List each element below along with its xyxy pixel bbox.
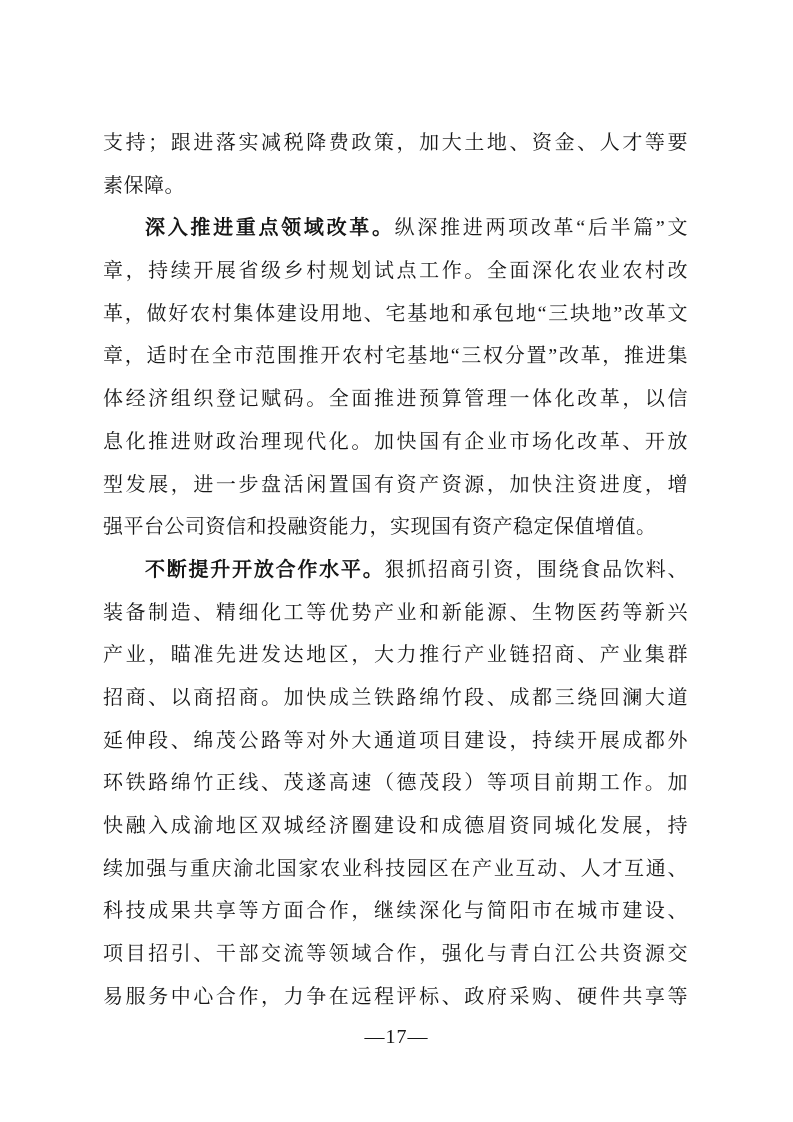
line-text: 支持；跟进落实减税降费政策，加大土地、资金、人才等要	[103, 132, 688, 154]
line-text: 快融入成渝地区双城经济圈建设和成德眉资同城化发展，持	[103, 815, 688, 837]
line-text: 素保障。	[103, 175, 185, 197]
document-page: 支持；跟进落实减税降费政策，加大土地、资金、人才等要 素保障。 深入推进重点领域…	[0, 0, 793, 1122]
paragraph: 深入推进重点领域改革。纵深推进两项改革“后半篇”文 章，持续开展省级乡村规划试点…	[103, 207, 688, 549]
text-line: 深入推进重点领域改革。纵深推进两项改革“后半篇”文	[103, 207, 688, 250]
page-number: —17—	[0, 1022, 793, 1052]
line-text: 狠抓招商引资，围绕食品饮料、	[384, 559, 688, 581]
text-line: 项目招引、干部交流等领域合作，强化与青白江公共资源交	[103, 933, 688, 976]
paragraph: 支持；跟进落实减税降费政策，加大土地、资金、人才等要 素保障。	[103, 122, 688, 207]
document-body: 支持；跟进落实减税降费政策，加大土地、资金、人才等要 素保障。 深入推进重点领域…	[103, 122, 688, 1018]
text-line: 革，做好农村集体建设用地、宅基地和承包地“三块地”改革文	[103, 293, 688, 336]
line-text: 型发展，进一步盘活闲置国有资产资源，加快注资进度，增	[103, 474, 688, 496]
text-line: 息化推进财政治理现代化。加快国有企业市场化改革、开放	[103, 421, 688, 464]
text-line: 体经济组织登记赋码。全面推进预算管理一体化改革，以信	[103, 378, 688, 421]
text-line: 装备制造、精细化工等优势产业和新能源、生物医药等新兴	[103, 592, 688, 635]
text-line: 科技成果共享等方面合作，继续深化与简阳市在城市建设、	[103, 890, 688, 933]
line-text: 装备制造、精细化工等优势产业和新能源、生物医药等新兴	[103, 602, 688, 624]
paragraph-lead-bold: 不断提升开放合作水平。	[145, 559, 384, 581]
paragraph: 不断提升开放合作水平。狠抓招商引资，围绕食品饮料、 装备制造、精细化工等优势产业…	[103, 549, 688, 1019]
text-line: 延伸段、绵茂公路等对外大通道项目建设，持续开展成都外	[103, 720, 688, 763]
text-line: 快融入成渝地区双城经济圈建设和成德眉资同城化发展，持	[103, 805, 688, 848]
line-text: 产业，瞄准先进发达地区，大力推行产业链招商、产业集群	[103, 644, 688, 666]
text-line: 型发展，进一步盘活闲置国有资产资源，加快注资进度，增	[103, 464, 688, 507]
line-text: 强平台公司资信和投融资能力，实现国有资产稳定保值增值。	[103, 516, 657, 538]
paragraph-lead-bold: 深入推进重点领域改革。	[145, 217, 395, 239]
text-line: 产业，瞄准先进发达地区，大力推行产业链招商、产业集群	[103, 634, 688, 677]
text-line: 章，持续开展省级乡村规划试点工作。全面深化农业农村改	[103, 250, 688, 293]
line-text: 续加强与重庆渝北国家农业科技园区在产业互动、人才互通、	[103, 858, 688, 880]
text-line: 强平台公司资信和投融资能力，实现国有资产稳定保值增值。	[103, 506, 688, 549]
line-text: 招商、以商招商。加快成兰铁路绵竹段、成都三绕回澜大道	[103, 687, 688, 709]
line-text: 息化推进财政治理现代化。加快国有企业市场化改革、开放	[103, 431, 688, 453]
text-line: 易服务中心合作，力争在远程评标、政府采购、硬件共享等	[103, 976, 688, 1019]
line-text: 科技成果共享等方面合作，继续深化与简阳市在城市建设、	[103, 900, 688, 922]
text-line: 章，适时在全市范围推开农村宅基地“三权分置”改革，推进集	[103, 335, 688, 378]
line-text: 项目招引、干部交流等领域合作，强化与青白江公共资源交	[103, 943, 688, 965]
line-text: 体经济组织登记赋码。全面推进预算管理一体化改革，以信	[103, 388, 688, 410]
text-line: 招商、以商招商。加快成兰铁路绵竹段、成都三绕回澜大道	[103, 677, 688, 720]
line-text: 章，适时在全市范围推开农村宅基地“三权分置”改革，推进集	[103, 345, 688, 367]
line-text: 延伸段、绵茂公路等对外大通道项目建设，持续开展成都外	[103, 730, 688, 752]
text-line: 不断提升开放合作水平。狠抓招商引资，围绕食品饮料、	[103, 549, 688, 592]
line-text: 环铁路绵竹正线、茂遂高速（德茂段）等项目前期工作。加	[103, 772, 688, 794]
text-line: 续加强与重庆渝北国家农业科技园区在产业互动、人才互通、	[103, 848, 688, 891]
line-text: 章，持续开展省级乡村规划试点工作。全面深化农业农村改	[103, 260, 688, 282]
line-text: 易服务中心合作，力争在远程评标、政府采购、硬件共享等	[103, 986, 688, 1008]
text-line: 素保障。	[103, 165, 688, 208]
text-line: 支持；跟进落实减税降费政策，加大土地、资金、人才等要	[103, 122, 688, 165]
line-text: 纵深推进两项改革“后半篇”文	[395, 217, 688, 239]
line-text: 革，做好农村集体建设用地、宅基地和承包地“三块地”改革文	[103, 303, 688, 325]
text-line: 环铁路绵竹正线、茂遂高速（德茂段）等项目前期工作。加	[103, 762, 688, 805]
